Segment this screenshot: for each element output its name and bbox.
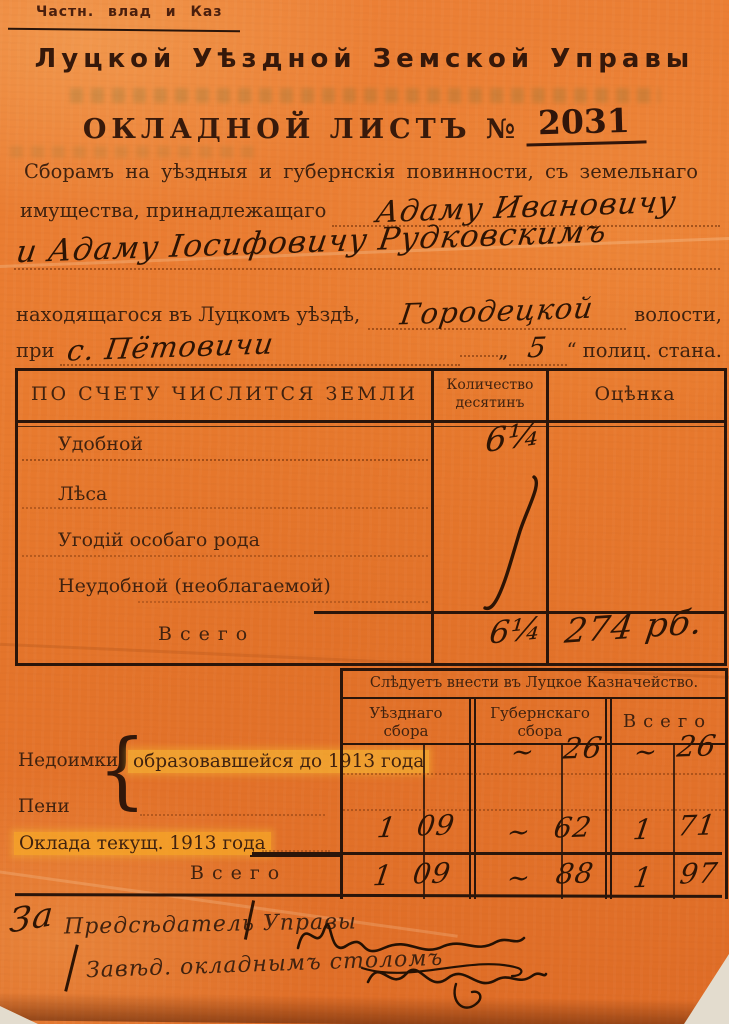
money-value: 26 (552, 730, 613, 766)
location-printed: находящагося въ Луцкомъ уѣздѣ, (16, 303, 360, 326)
row-separator (22, 507, 428, 509)
stan-number-hand: 5 (526, 331, 550, 365)
money-total: 88 (543, 856, 608, 891)
uyezd-col-header-1: Уѣзднаго (343, 704, 469, 722)
organization-title: Луцкой Уѣздной Земской Управы (0, 44, 729, 74)
gub-col-header-1: Губернскаго (475, 704, 605, 722)
land-qty-hand: 6¼ (484, 413, 542, 460)
land-total-value-hand: 274 рб. (562, 602, 705, 651)
land-col3-header: Оцѣнка (549, 383, 721, 405)
clerk-signature (360, 948, 550, 1023)
stamp-underline (8, 28, 240, 32)
money-value: 71 (667, 808, 728, 843)
stan-close-quote: “ (567, 338, 577, 362)
stan-open-quote: „ (498, 338, 508, 362)
za-hand: За (8, 895, 56, 942)
leader-dots (140, 814, 325, 816)
row-separator (138, 601, 428, 603)
paper-edge-shadow (0, 992, 705, 1024)
document-paper: Частн. влад и Каз Луцкой Уѣздной Земской… (0, 0, 729, 1024)
money-value: 26 (666, 728, 727, 764)
doc-number: 2031 (526, 100, 647, 146)
rule (343, 697, 725, 699)
penalty-label: Пени (18, 796, 70, 817)
money-value: ~ (483, 736, 564, 770)
short-rule (250, 855, 340, 857)
at-printed: при (16, 339, 54, 362)
volost-hand: Городецкой (398, 291, 596, 332)
money-total: 1 (613, 860, 674, 895)
row-separator (22, 459, 428, 461)
payment-grid: Слѣдуетъ внести въ Луцкое Казначейство. … (340, 668, 728, 899)
ink-bleedthrough (10, 146, 260, 158)
money-value: 62 (541, 810, 606, 845)
pen-stroke (64, 944, 78, 991)
volost-suffix: волости, (634, 303, 722, 326)
header-rule-thin (18, 426, 724, 427)
uyezd-col-header-2: сбора (343, 722, 469, 740)
money-total: 97 (669, 856, 729, 891)
current-tax-label: Оклада текущ. 1913 года (14, 832, 271, 855)
money-value: 1 (613, 812, 674, 847)
doc-title: ОКЛАДНОЙ ЛИСТЪ № (83, 114, 520, 145)
land-row-label: Удобной (58, 433, 143, 455)
land-row-label: Лѣса (58, 483, 107, 505)
land-table-divider (431, 371, 434, 663)
money-total: 09 (398, 856, 465, 891)
payment-title: Слѣдуетъ внести въ Луцкое Казначейство. (343, 675, 725, 691)
col-divider (610, 697, 612, 899)
stan-suffix: полиц. стана. (583, 339, 722, 362)
money-value: 09 (402, 808, 469, 843)
land-table: ПО СЧЕТУ ЧИСЛИТСЯ ЗЕМЛИ Количество десят… (15, 368, 727, 666)
ownership-stamp: Частн. влад и Каз (36, 4, 223, 20)
empty-dash-squiggle (476, 469, 548, 619)
land-row-label: Неудобной (необлагаемой) (58, 575, 331, 597)
land-col2-header-line2: десятинъ (434, 395, 546, 413)
intro-line1: Сборамъ на уѣздныя и губернскія повиннос… (24, 160, 724, 183)
row-separator (22, 555, 428, 557)
intro-line2-printed: имущества, принадлежащаго (20, 199, 326, 222)
land-total-qty-hand: 6¼ (488, 610, 544, 651)
header-rule (18, 420, 724, 423)
land-total-label: Всего (158, 623, 255, 645)
village-hand: с. Пётовичи (66, 326, 277, 367)
payment-total-rule-top (252, 852, 722, 855)
ink-bleedthrough (70, 88, 660, 103)
col-divider (469, 697, 471, 899)
row-separator (343, 773, 725, 775)
land-col2-header-line1: Количество (434, 377, 546, 395)
payment-total-label: Всего (190, 862, 287, 884)
land-row-label: Угодій особаго рода (58, 529, 260, 551)
col-divider (474, 697, 476, 899)
land-col1-header: ПО СЧЕТУ ЧИСЛИТСЯ ЗЕМЛИ (18, 383, 431, 405)
